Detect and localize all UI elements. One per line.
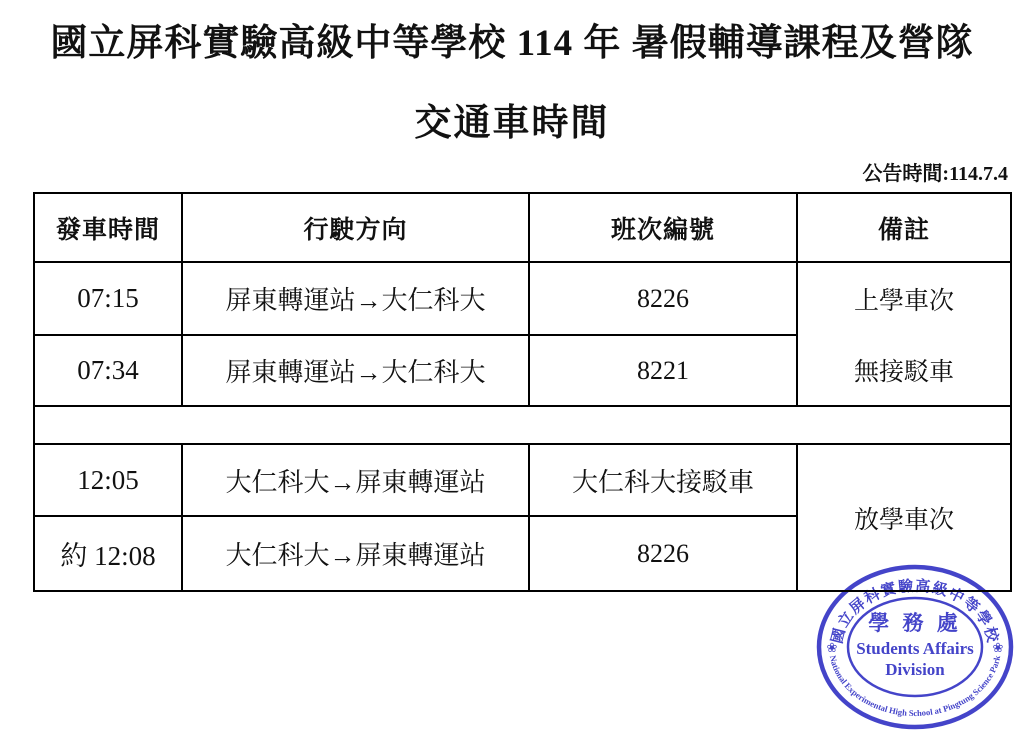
announcement-time: 公告時間:114.7.4: [862, 157, 1008, 186]
afternoon-remark-label: 放學車次: [854, 500, 954, 536]
stamp-office-name: 學 務 處: [867, 611, 962, 635]
stamp-office-english-1: Students Affairs: [856, 639, 974, 658]
header-remark: 備註: [798, 194, 1010, 263]
row1-direction: 屏東轉運站→大仁科大: [183, 263, 530, 336]
row1-time: 07:15: [35, 263, 183, 336]
page-subtitle: 交通車時間: [0, 92, 1024, 146]
bus-schedule-table: 發車時間 行駛方向 班次編號 備註 07:15 屏東轉運站→大仁科大 8226 …: [33, 192, 1012, 592]
row4-direction: 大仁科大→屏東轉運站: [183, 517, 530, 590]
row1-bus-number: 8226: [530, 263, 798, 336]
stamp-flower-right-icon: ❀: [993, 640, 1004, 655]
row3-direction: 大仁科大→屏東轉運站: [183, 445, 530, 517]
stamp-flower-left-icon: ❀: [827, 640, 838, 655]
row4-bus-number: 8226: [530, 517, 798, 590]
row3-bus-number: 大仁科大接駁車: [530, 445, 798, 517]
page-title: 國立屏科實驗高級中等學校 114 年 暑假輔導課程及營隊: [0, 12, 1024, 66]
row3-time: 12:05: [35, 445, 183, 517]
header-direction: 行駛方向: [183, 194, 530, 263]
table-separator-row: [35, 407, 1010, 445]
morning-remark-line2: 無接駁車: [854, 352, 954, 388]
header-bus-number: 班次編號: [530, 194, 798, 263]
students-affairs-stamp: 國立屏科實驗高級中等學校 National Experimental High …: [815, 563, 1015, 731]
header-departure-time: 發車時間: [35, 194, 183, 263]
row2-time: 07:34: [35, 336, 183, 407]
row2-bus-number: 8221: [530, 336, 798, 407]
row2-direction: 屏東轉運站→大仁科大: [183, 336, 530, 407]
document-page: 國立屏科實驗高級中等學校 114 年 暑假輔導課程及營隊 交通車時間 公告時間:…: [0, 0, 1024, 736]
stamp-office-english-2: Division: [885, 660, 945, 679]
morning-remark-line1: 上學車次: [854, 281, 954, 317]
morning-remark-cell: 上學車次 無接駁車: [798, 263, 1010, 407]
row4-time: 約 12:08: [35, 517, 183, 590]
